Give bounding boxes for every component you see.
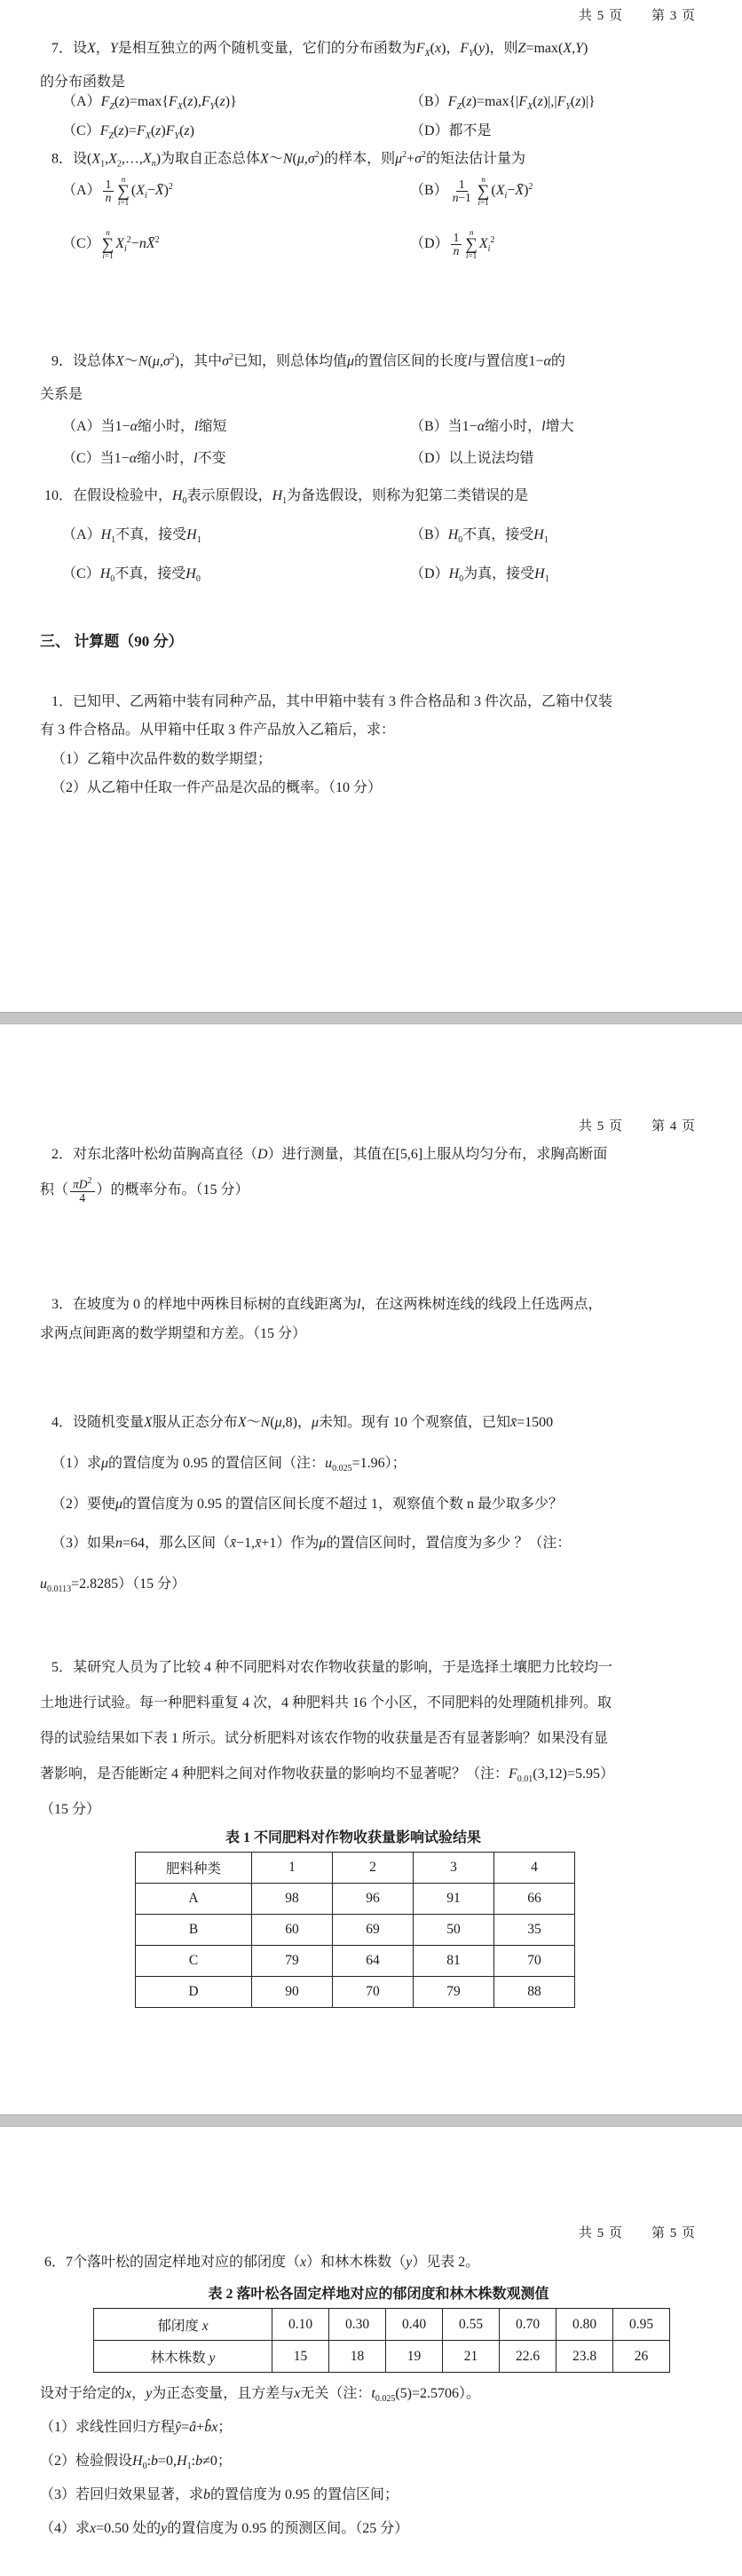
table-cell: 19	[386, 2341, 443, 2373]
question-7-option-c: （C）FZ(z)=FX(z)FY(z)	[62, 122, 194, 143]
question-4-item3: （3）如果n=64，那么区间（x̄−1,x̄+1）作为μ的置信区间时，置信度为多…	[51, 1534, 571, 1553]
question-6-intro: 6．7个落叶松的固定样地对应的郁闭度（x）和林木株数（y）见表 2。	[44, 2253, 479, 2272]
page-header-page: 第 5 页	[651, 2224, 696, 2242]
page-4: 共 5 页 第 4 页 2．对东北落叶松幼苗胸高直径（D）进行测量，其值在[5,…	[0, 1024, 742, 2114]
question-5-line3: 得的试验结果如下表 1 所示。试分析肥料对该农作物的收获量是否有显著影响？如果没…	[40, 1729, 608, 1749]
table1-fertilizer-results: 肥料种类 1 2 3 4 A 98 96 91 66 B 60 69 50 35…	[135, 1852, 575, 2008]
table-cell: A	[136, 1884, 252, 1915]
table-cell: 郁闭度 x	[94, 2309, 272, 2341]
question-5-line4: 著影响，是否能断定 4 种肥料之间对作物收获量的影响均不显著呢？（注：F0.01…	[40, 1765, 614, 1786]
table-cell: 肥料种类	[136, 1853, 252, 1884]
question-4-item1: （1）求μ的置信度为 0.95 的置信区间（注：u0.025=1.96）；	[51, 1454, 407, 1475]
page-5: 共 5 页 第 5 页 6．7个落叶松的固定样地对应的郁闭度（x）和林木株数（y…	[0, 2127, 742, 2576]
table2-canopy-density: 郁闭度 x 0.10 0.30 0.40 0.55 0.70 0.80 0.95…	[93, 2308, 670, 2373]
question-7-option-d: （D）都不是	[410, 122, 492, 141]
question-9-option-d: （D）以上说法均错	[410, 449, 534, 469]
table-cell: 91	[414, 1884, 494, 1915]
question-10-option-d: （D）H0为真，接受H1	[410, 565, 549, 586]
question-1-item2: （2）从乙箱中任取一件产品是次品的概率。（10 分）	[51, 778, 382, 798]
page-separator	[0, 1012, 742, 1024]
page-3: 共 5 页 第 3 页 7．设X，Y是相互独立的两个随机变量，它们的分布函数为F…	[0, 0, 742, 1012]
question-4-item3-cont: u0.0113=2.8285）（15 分）	[40, 1575, 185, 1596]
table-cell: 0.95	[613, 2309, 670, 2341]
question-6-item4: （4）求x=0.50 处的y的置信度为 0.95 的预测区间。（25 分）	[40, 2519, 408, 2539]
table-cell: 0.70	[500, 2309, 556, 2341]
question-2-line2: 积（πD24）的概率分布。（15 分）	[40, 1177, 249, 1205]
question-6-item2: （2）检验假设H0:b=0,H1:b≠0；	[40, 2452, 232, 2473]
table-cell: 60	[252, 1915, 333, 1946]
table-cell: 1	[252, 1853, 333, 1884]
question-10-line1: 10．在假设检验中，H0表示原假设，H1为备选假设，则称为犯第二类错误的是	[44, 486, 528, 508]
question-9-option-b: （B）当1−α缩小时，l增大	[410, 417, 574, 437]
page-header: 共 5 页 第 4 页	[579, 1118, 696, 1135]
question-1-line1: 1．已知甲、乙两箱中装有同种产品，其中甲箱中装有 3 件合格品和 3 件次品，乙…	[51, 692, 612, 712]
question-8-option-d: （D）1nn∑i=1Xi2	[410, 229, 494, 260]
table-cell: 70	[494, 1946, 575, 1977]
table-cell: 0.30	[329, 2309, 386, 2341]
question-8-line1: 8．设(X1,X2,…,Xn)为取自正态总体X～N(μ,σ2)的样本，则μ2+σ…	[51, 149, 525, 170]
page-header-page: 第 4 页	[651, 1118, 696, 1135]
page-header-total: 共 5 页	[579, 1118, 623, 1135]
question-8-option-c: （C）n∑i=1Xi2−nX̄2	[62, 229, 160, 260]
section-3-title: 三、 计算题（90 分）	[40, 632, 184, 652]
table-cell: 79	[252, 1946, 333, 1977]
question-8-option-a: （A）1nn∑i=1(Xi−X̄)2	[62, 176, 173, 207]
question-9-line1: 9．设总体X～N(μ,σ2)，其中σ2已知，则总体均值μ的置信区间的长度l与置信…	[51, 352, 565, 371]
table-cell: 22.6	[500, 2341, 556, 2373]
table-cell: 66	[494, 1884, 575, 1915]
page-header-page: 第 3 页	[651, 7, 696, 25]
table-cell: 69	[333, 1915, 414, 1946]
table-row: A 98 96 91 66	[136, 1884, 575, 1915]
table-row: 肥料种类 1 2 3 4	[136, 1853, 575, 1884]
page-header-total: 共 5 页	[579, 7, 623, 25]
question-9-line2: 关系是	[40, 385, 83, 405]
table-cell: 21	[443, 2341, 500, 2373]
table-cell: 0.55	[443, 2309, 500, 2341]
table-row: C 79 64 81 70	[136, 1946, 575, 1977]
table-cell: 64	[333, 1946, 414, 1977]
question-4-item2: （2）要使μ的置信度为 0.95 的置信区间长度不超过 1，观察值个数 n 最少…	[51, 1495, 563, 1514]
question-1-line2: 有 3 件合格品。从甲箱中任取 3 件产品放入乙箱后，求：	[40, 721, 395, 740]
question-5-line1: 5．某研究人员为了比较 4 种不同肥料对农作物收获量的影响，于是选择土壤肥力比较…	[51, 1658, 612, 1678]
table-cell: 15	[272, 2341, 329, 2373]
table-row: B 60 69 50 35	[136, 1915, 575, 1946]
table-row: 林木株数 y 15 18 19 21 22.6 23.8 26	[94, 2341, 670, 2373]
table-cell: 98	[252, 1884, 333, 1915]
question-6-given: 设对于给定的x，y为正态变量，且方差与x无关（注：t0.025(5)=2.570…	[40, 2384, 480, 2406]
table-cell: 35	[494, 1915, 575, 1946]
table1-title: 表 1 不同肥料对作物收获量影响试验结果	[135, 1829, 572, 1848]
question-1-item1: （1）乙箱中次品件数的数学期望；	[51, 750, 272, 770]
page-separator	[0, 2114, 742, 2127]
table-cell: C	[136, 1946, 252, 1977]
question-9-option-c: （C）当1−α缩小时，l不变	[62, 449, 226, 469]
question-9-option-a: （A）当1−α缩小时，l缩短	[62, 417, 226, 437]
table-cell: 4	[494, 1853, 575, 1884]
table-cell: 70	[333, 1977, 414, 2008]
table-cell: 0.10	[272, 2309, 329, 2341]
question-4-line1: 4．设随机变量X服从正态分布X～N(μ,8)，μ未知。现有 10 个观察值，已知…	[51, 1413, 553, 1433]
question-10-option-b: （B）H0不真，接受H1	[410, 525, 549, 547]
table-cell: B	[136, 1915, 252, 1946]
question-8-option-b: （B）1n−1n∑i=1(Xi−X̄)2	[410, 176, 533, 207]
table-cell: 88	[494, 1977, 575, 2008]
table-cell: 0.40	[386, 2309, 443, 2341]
question-7-line1: 7．设X，Y是相互独立的两个随机变量，它们的分布函数为FX(x)，FY(y)，则…	[51, 39, 588, 60]
question-3-line2: 求两点间距离的数学期望和方差。（15 分）	[40, 1324, 306, 1344]
table-cell: 50	[414, 1915, 494, 1946]
table-cell: 23.8	[556, 2341, 613, 2373]
question-6-item3: （3）若回归效果显著，求b的置信度为 0.95 的置信区间；	[40, 2485, 399, 2505]
question-7-option-a: （A）FZ(z)=max{FX(z),FY(z)}	[62, 92, 237, 114]
page-header-total: 共 5 页	[579, 2224, 623, 2242]
question-7-option-b: （B）FZ(z)=max{|FX(z)|,|FY(z)|}	[410, 92, 596, 114]
question-6-item1: （1）求线性回归方程ŷ=â+b̂x；	[40, 2418, 232, 2438]
table-cell: 81	[414, 1946, 494, 1977]
table2-title: 表 2 落叶松各固定样地对应的郁闭度和林木株数观测值	[93, 2285, 664, 2304]
question-3-line1: 3．在坡度为 0 的样地中两株目标树的直线距离为l，在这两株树连线的线段上任选两…	[51, 1295, 602, 1315]
table-cell: 0.80	[556, 2309, 613, 2341]
table-cell: 26	[613, 2341, 670, 2373]
question-7-line2: 的分布函数是	[40, 73, 125, 92]
table-cell: D	[136, 1977, 252, 2008]
table-cell: 18	[329, 2341, 386, 2373]
table-cell: 90	[252, 1977, 333, 2008]
question-2-line1: 2．对东北落叶松幼苗胸高直径（D）进行测量，其值在[5,6]上服从均匀分布，求胸…	[51, 1145, 607, 1165]
table-row: 郁闭度 x 0.10 0.30 0.40 0.55 0.70 0.80 0.95	[94, 2309, 670, 2341]
page-header: 共 5 页 第 5 页	[579, 2224, 696, 2242]
question-10-option-a: （A）H1不真，接受H1	[62, 525, 201, 547]
question-5-line5: （15 分）	[40, 1800, 100, 1820]
question-5-line2: 土地进行试验。每一种肥料重复 4 次，4 种肥料共 16 个小区，不同肥料的处理…	[40, 1694, 612, 1713]
question-10-option-c: （C）H0不真，接受H0	[62, 565, 201, 586]
table-cell: 96	[333, 1884, 414, 1915]
page-header: 共 5 页 第 3 页	[579, 7, 696, 25]
table-cell: 林木株数 y	[94, 2341, 272, 2373]
table-cell: 79	[414, 1977, 494, 2008]
table-cell: 3	[414, 1853, 494, 1884]
table-row: D 90 70 79 88	[136, 1977, 575, 2008]
table-cell: 2	[333, 1853, 414, 1884]
